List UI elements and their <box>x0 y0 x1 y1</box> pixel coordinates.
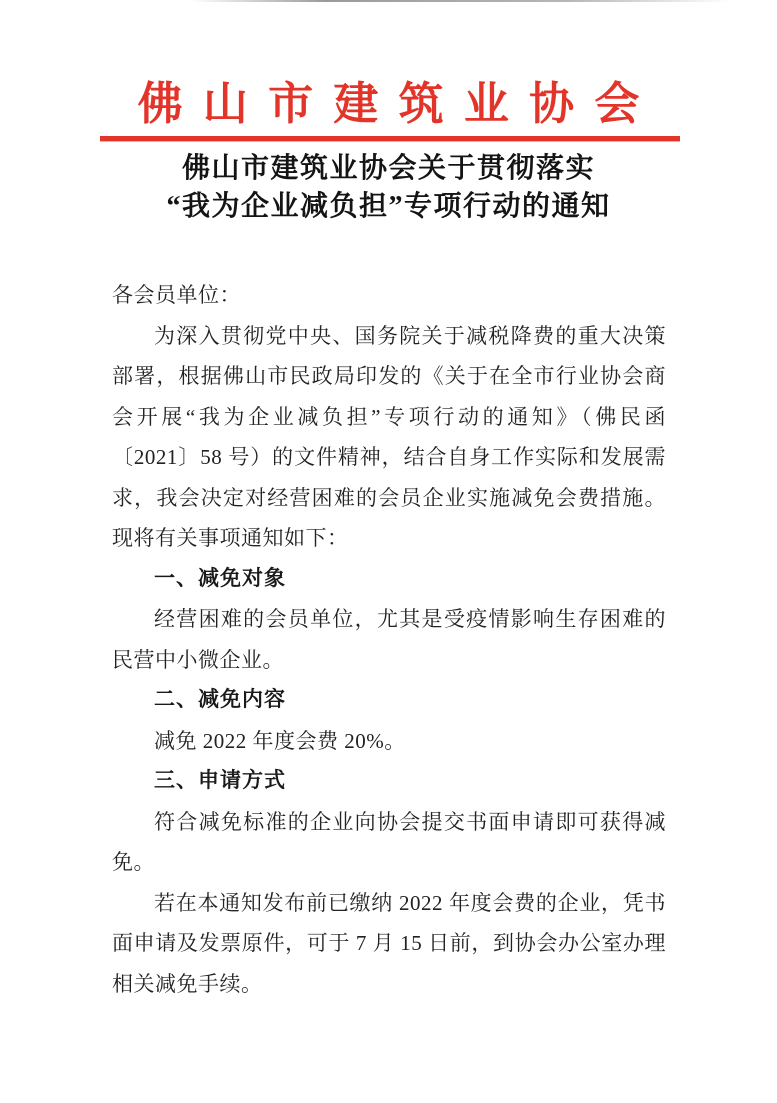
letterhead-red-rule <box>100 136 680 141</box>
section-2-heading: 二、减免内容 <box>112 680 666 721</box>
notice-document-page: 佛山市建筑业协会 佛山市建筑业协会关于贯彻落实 “我为企业减负担”专项行动的通知… <box>0 0 777 1103</box>
letterhead-org-name: 佛山市建筑业协会 <box>0 80 777 128</box>
scan-edge-artifact <box>190 0 730 2</box>
intro-paragraph: 为深入贯彻党中央、国务院关于减税降费的重大决策部署，根据佛山市民政局印发的《关于… <box>112 316 666 559</box>
section-3-paragraph-1: 符合减免标准的企业向协会提交书面申请即可获得减免。 <box>112 802 666 883</box>
section-1-heading: 一、减免对象 <box>112 559 666 600</box>
document-title-line-1: 佛山市建筑业协会关于贯彻落实 <box>0 150 777 188</box>
salutation: 各会员单位： <box>112 275 666 316</box>
section-3-heading: 三、申请方式 <box>112 761 666 802</box>
section-1-paragraph-1: 经营困难的会员单位，尤其是受疫情影响生存困难的民营中小微企业。 <box>112 599 666 680</box>
section-2-paragraph-1: 减免 2022 年度会费 20%。 <box>112 721 666 762</box>
document-body: 各会员单位： 为深入贯彻党中央、国务院关于减税降费的重大决策部署，根据佛山市民政… <box>112 275 666 1004</box>
document-title: 佛山市建筑业协会关于贯彻落实 “我为企业减负担”专项行动的通知 <box>0 150 777 226</box>
document-title-line-2: “我为企业减负担”专项行动的通知 <box>0 188 777 226</box>
section-3-paragraph-2: 若在本通知发布前已缴纳 2022 年度会费的企业，凭书面申请及发票原件，可于 7… <box>112 883 666 1005</box>
